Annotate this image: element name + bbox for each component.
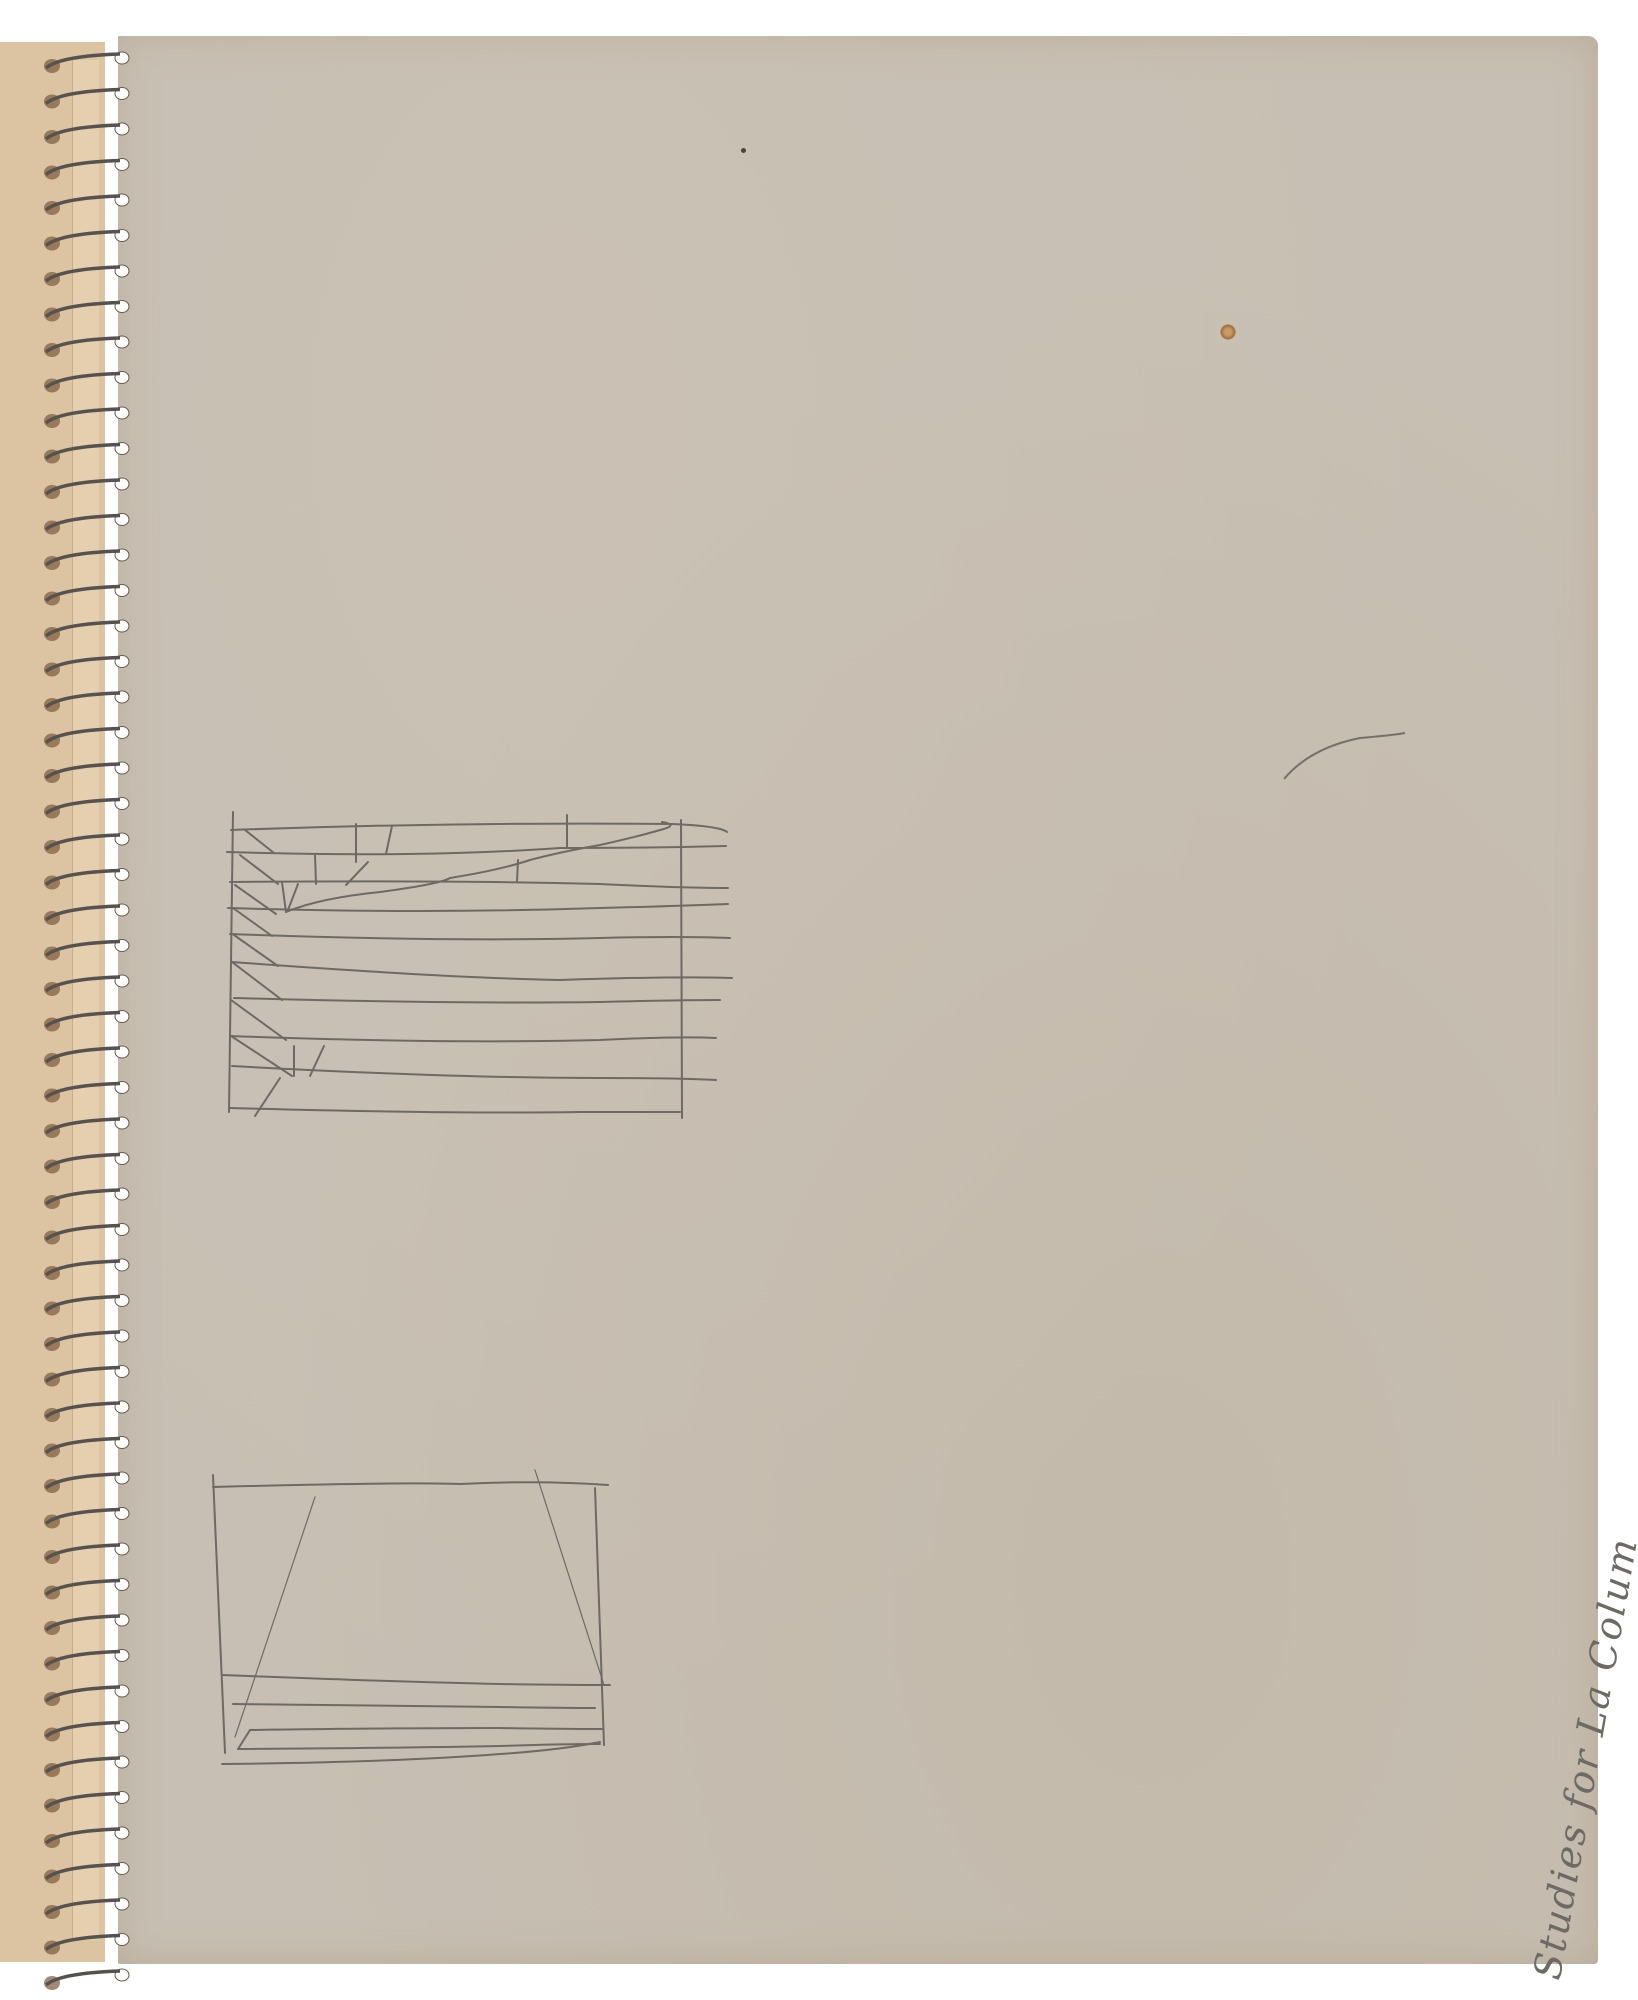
stray-pencil-mark [0, 0, 1638, 2000]
